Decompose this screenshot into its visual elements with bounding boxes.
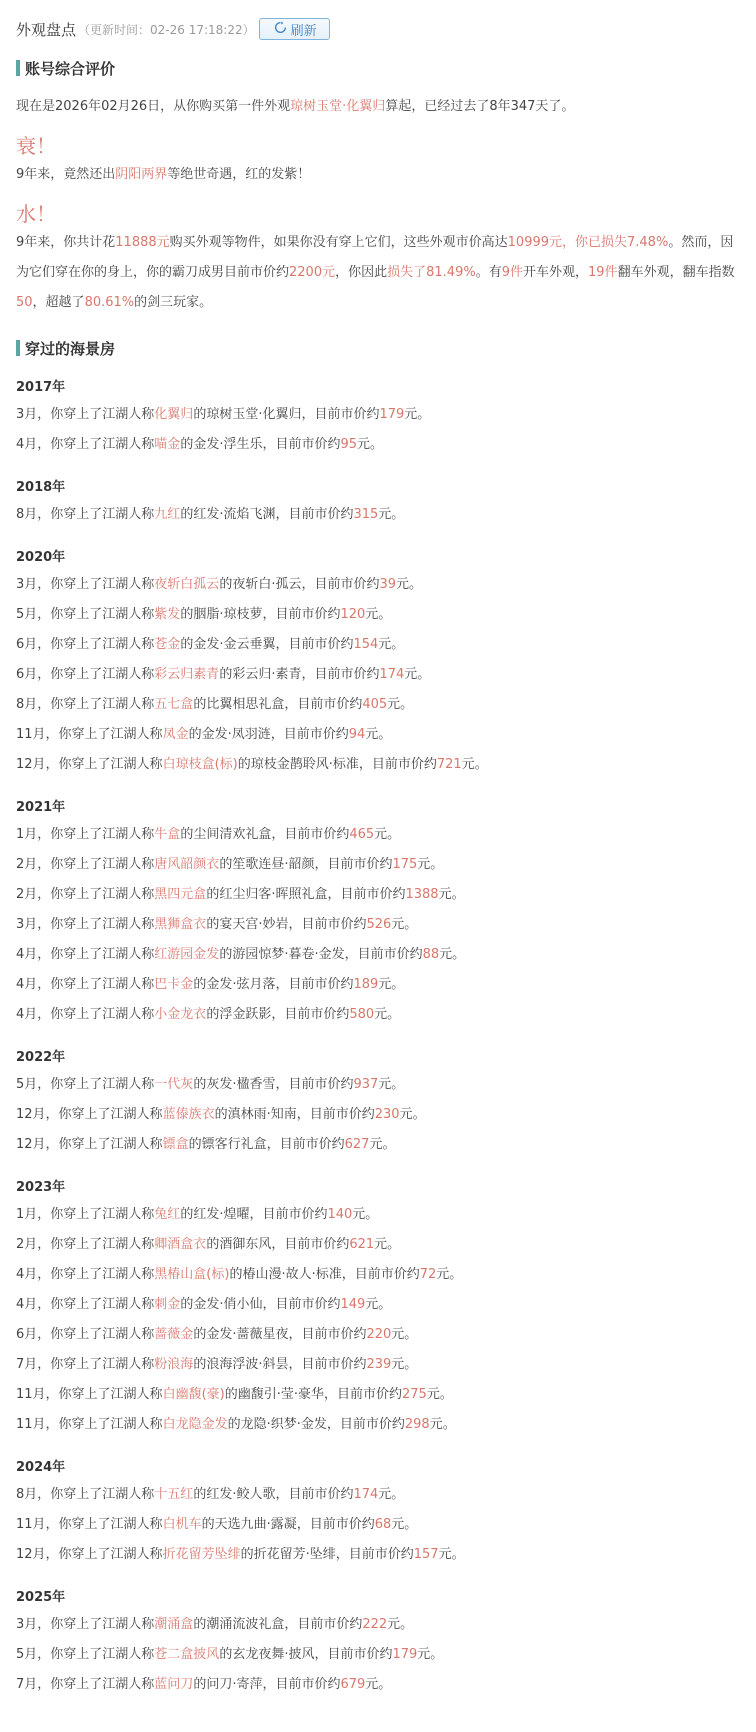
- list-item: 11月，你穿上了江湖人称白幽馥(豪)的幽馥引·莹·豪华，目前市价约275元。: [16, 1380, 740, 1410]
- list-item: 4月，你穿上了江湖人称小金龙衣的浮金跃影，目前市价约580元。: [16, 1000, 740, 1030]
- list-item: 4月，你穿上了江湖人称喵金的金发·浮生乐，目前市价约95元。: [16, 430, 740, 460]
- section-summary-heading: 账号综合评价: [16, 56, 740, 80]
- year-heading: 2017年: [16, 376, 740, 400]
- section-bar: [16, 60, 20, 76]
- list-item: 11月，你穿上了江湖人称白龙隐金发的龙隐·织梦·金发，目前市价约298元。: [16, 1410, 740, 1440]
- list-item: 4月，你穿上了江湖人称红游园金发的游园惊梦·暮卷·金发，目前市价约88元。: [16, 940, 740, 970]
- list-item: 11月，你穿上了江湖人称凤金的金发·凤羽涟，目前市价约94元。: [16, 720, 740, 750]
- year-heading: 2021年: [16, 796, 740, 820]
- list-item: 6月，你穿上了江湖人称苍金的金发·金云垂翼，目前市价约154元。: [16, 630, 740, 660]
- refresh-button[interactable]: 刷新: [259, 18, 330, 40]
- year-heading: 2023年: [16, 1176, 740, 1200]
- list-item: 5月，你穿上了江湖人称紫发的胭脂·琼枝萝，目前市价约120元。: [16, 600, 740, 630]
- list-item: 3月，你穿上了江湖人称化翼归的琼树玉堂·化翼归，目前市价约179元。: [16, 400, 740, 430]
- list-item: 8月，你穿上了江湖人称九红的红发·流焰飞渊，目前市价约315元。: [16, 500, 740, 530]
- year-heading: 2018年: [16, 476, 740, 500]
- list-item: 5月，你穿上了江湖人称一代灰的灰发·楹香雪，目前市价约937元。: [16, 1070, 740, 1100]
- page: 外观盘点 （更新时间：02-26 17:18:22） 刷新 账号综合评价 现在是…: [0, 0, 756, 1700]
- list-item: 12月，你穿上了江湖人称蓝傣族衣的滇林雨·知南，目前市价约230元。: [16, 1100, 740, 1130]
- list-item: 6月，你穿上了江湖人称彩云归素青的彩云归·素青，目前市价约174元。: [16, 660, 740, 690]
- list-item: 7月，你穿上了江湖人称粉浪海的浪海浮波·斜昙，目前市价约239元。: [16, 1350, 740, 1380]
- list-item: 11月，你穿上了江湖人称白机车的天选九曲·露凝，目前市价约68元。: [16, 1510, 740, 1540]
- update-time: （更新时间：02-26 17:18:22）: [78, 21, 255, 38]
- list-item: 8月，你穿上了江湖人称五七盒的比翼相思礼盒，目前市价约405元。: [16, 690, 740, 720]
- list-item: 3月，你穿上了江湖人称潮涌盒的潮涌流波礼盒，目前市价约222元。: [16, 1610, 740, 1640]
- section-history-heading: 穿过的海景房: [16, 336, 740, 360]
- list-item: 12月，你穿上了江湖人称折花留芳坠绯的折花留芳·坠绯，目前市价约157元。: [16, 1540, 740, 1570]
- list-item: 3月，你穿上了江湖人称黑狮盒衣的宴天宫·妙岩，目前市价约526元。: [16, 910, 740, 940]
- year-heading: 2025年: [16, 1586, 740, 1610]
- list-item: 2月，你穿上了江湖人称唐风韶颜衣的笙歌连昼·韶颜，目前市价约175元。: [16, 850, 740, 880]
- year-heading: 2024年: [16, 1456, 740, 1480]
- list-item: 12月，你穿上了江湖人称镖盒的镖客行礼盒，目前市价约627元。: [16, 1130, 740, 1160]
- list-item: 1月，你穿上了江湖人称牛盒的尘间清欢礼盒，目前市价约465元。: [16, 820, 740, 850]
- shui-text: 9年来，你共计花11888元购买外观等物件，如果你没有穿上它们，这些外观市价高达…: [16, 228, 740, 318]
- list-item: 5月，你穿上了江湖人称苍二盒披风的玄龙夜舞·披风，目前市价约179元。: [16, 1640, 740, 1670]
- year-heading: 2022年: [16, 1046, 740, 1070]
- list-item: 4月，你穿上了江湖人称巴卡金的金发·弦月落，目前市价约189元。: [16, 970, 740, 1000]
- list-item: 8月，你穿上了江湖人称十五红的红发·鲛人歌，目前市价约174元。: [16, 1480, 740, 1510]
- list-item: 12月，你穿上了江湖人称白琼枝盒(标)的琼枝金鹊聆风·标准，目前市价约721元。: [16, 750, 740, 780]
- summary-intro: 现在是2026年02月26日，从你购买第一件外观琼树玉堂·化翼归算起，已经过去了…: [16, 92, 740, 122]
- list-item: 2月，你穿上了江湖人称卿酒盒衣的酒御东风，目前市价约621元。: [16, 1230, 740, 1260]
- list-item: 1月，你穿上了江湖人称兔红的红发·煌曜，目前市价约140元。: [16, 1200, 740, 1230]
- list-item: 2月，你穿上了江湖人称黑四元盒的红尘归客·晖照礼盒，目前市价约1388元。: [16, 880, 740, 910]
- shuai-title: 衰！: [16, 132, 740, 160]
- refresh-label: 刷新: [291, 20, 317, 39]
- list-item: 7月，你穿上了江湖人称蓝问刀的问刀·寄萍，目前市价约679元。: [16, 1670, 740, 1700]
- year-heading: 2020年: [16, 546, 740, 570]
- shuai-text: 9年来，竟然还出阴阳两界等绝世奇遇，红的发紫！: [16, 160, 740, 190]
- list-item: 4月，你穿上了江湖人称黑椿山盒(标)的椿山漫·故人·标准，目前市价约72元。: [16, 1260, 740, 1290]
- section-bar: [16, 340, 20, 356]
- shui-title: 水！: [16, 200, 740, 228]
- refresh-icon: [274, 21, 287, 37]
- top-bar: 外观盘点 （更新时间：02-26 17:18:22） 刷新: [16, 14, 740, 44]
- list-item: 6月，你穿上了江湖人称蔷薇金的金发·蔷薇星夜，目前市价约220元。: [16, 1320, 740, 1350]
- list-item: 4月，你穿上了江湖人称刺金的金发·俏小仙，目前市价约149元。: [16, 1290, 740, 1320]
- history-list: 2017年3月，你穿上了江湖人称化翼归的琼树玉堂·化翼归，目前市价约179元。4…: [16, 376, 740, 1700]
- list-item: 3月，你穿上了江湖人称夜斩白孤云的夜斩白·孤云，目前市价约39元。: [16, 570, 740, 600]
- page-title: 外观盘点: [16, 19, 76, 40]
